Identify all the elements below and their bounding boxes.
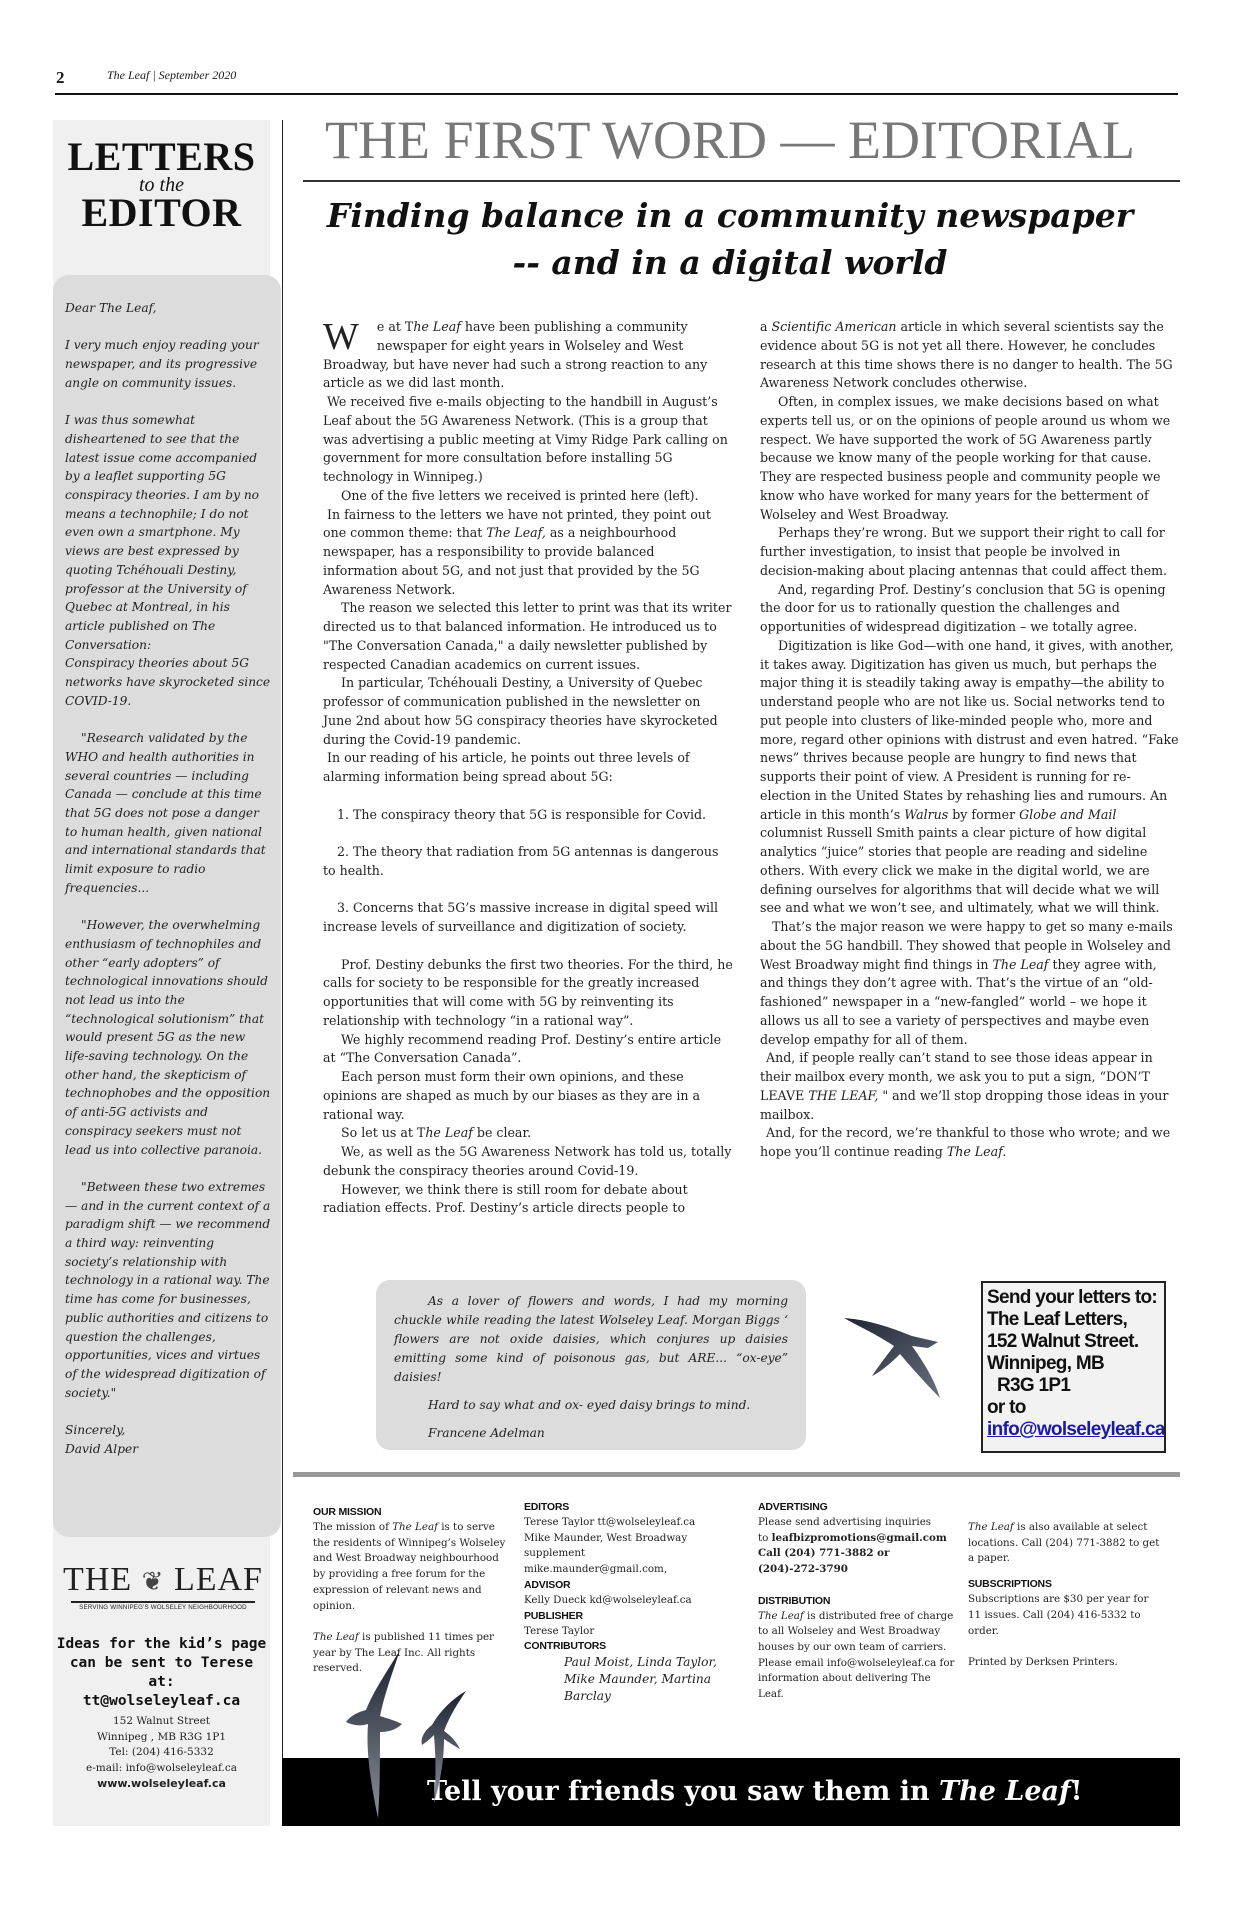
letters-sidebar: LETTERS to the EDITOR Dear The Leaf, I v… [53, 120, 270, 1826]
letter-paragraph: "Research validated by the WHO and healt… [65, 729, 271, 897]
publisher-heading: PUBLISHER [524, 1609, 724, 1624]
article-paragraph: Digitization is like God—with one hand, … [760, 637, 1180, 918]
letter-box: Dear The Leaf, I very much enjoy reading… [53, 275, 281, 1537]
article-paragraph: And, if people really can’t stand to see… [760, 1049, 1180, 1124]
send-letters-box: Send your letters to: The Leaf Letters, … [981, 1281, 1166, 1453]
editor-email: mike.maunder@gmail.com, [524, 1562, 724, 1578]
letter-paragraph: "However, the overwhelming enthusiasm of… [65, 916, 271, 1159]
letters-to-editor-title: LETTERS to the EDITOR [53, 138, 270, 232]
article-paragraph: In fairness to the letters we have not p… [323, 506, 733, 600]
article-paragraph: Perhaps they’re wrong. But we support th… [760, 524, 1180, 580]
page-number: 2 [56, 68, 65, 88]
advertising-email: to leafbizpromotions@gmail.com [758, 1531, 958, 1547]
editors-heading: EDITORS [524, 1500, 724, 1515]
send-line: R3G 1P1 [987, 1375, 1161, 1397]
letter-signature: David Alper [65, 1440, 271, 1459]
daisy-letter-text: As a lover of flowers and words, I had m… [394, 1292, 788, 1387]
article-paragraph: One of the five letters we received is p… [323, 487, 733, 506]
contributors-heading: CONTRIBUTORS [524, 1639, 724, 1654]
subscriptions-text: Subscriptions are $30 per year for 11 is… [968, 1592, 1163, 1639]
masthead-editors: EDITORS Terese Taylor tt@wolseleyleaf.ca… [524, 1500, 724, 1705]
advisor-heading: ADVISOR [524, 1578, 724, 1593]
logo-rule [71, 1601, 255, 1603]
article-paragraph: In our reading of his article, he points… [323, 749, 733, 787]
address-email[interactable]: e-mail: info@wolseleyleaf.ca [53, 1761, 270, 1777]
headline-line: -- and in a digital world [290, 239, 1170, 286]
issue-label: The Leaf | September 2020 [107, 68, 236, 83]
kids-note-email[interactable]: tt@wolseleyleaf.ca [53, 1692, 270, 1711]
section-title: THE FIRST WORD — EDITORIAL [290, 110, 1170, 170]
mission-heading: OUR MISSION [313, 1505, 513, 1520]
letter-quoted-headline: Conspiracy theories about 5G networks ha… [65, 654, 271, 710]
title-rule [303, 180, 1180, 182]
editorial-headline: Finding balance in a community newspaper… [290, 192, 1170, 286]
swift-bird-icon [830, 1290, 950, 1400]
advertising-text: Please send advertising inquiries [758, 1515, 958, 1531]
article-paragraph: That’s the major reason we were happy to… [760, 918, 1180, 1049]
title-letters: LETTERS [53, 138, 270, 176]
logo-word-leaf: LEAF [174, 1561, 263, 1598]
the-leaf-logo: THE ❦ LEAF SERVING WINNIPEG'S WOLSELEY N… [63, 1563, 263, 1611]
article-paragraph: Prof. Destiny debunks the first two theo… [323, 956, 733, 1031]
article-paragraph: However, we think there is still room fo… [323, 1181, 733, 1219]
masthead-availability: The Leaf is also available at select loc… [968, 1520, 1163, 1671]
distribution-text: The Leaf is distributed free of charge t… [758, 1609, 958, 1703]
kids-note-line: Ideas for the kid’s page [53, 1635, 270, 1654]
masthead-advertising: ADVERTISING Please send advertising inqu… [758, 1500, 958, 1703]
kids-note-line: can be sent to Terese at: [53, 1654, 270, 1692]
article-paragraph: a Scientific American article in which s… [760, 318, 1180, 393]
title-editor: EDITOR [53, 194, 270, 232]
article-paragraph: And, regarding Prof. Destiny’s conclusio… [760, 581, 1180, 637]
letter-closing: Sincerely, [65, 1421, 271, 1440]
contributors-list: Paul Moist, Linda Taylor, Mike Maunder, … [524, 1654, 724, 1705]
headline-line: Finding balance in a community newspaper [290, 192, 1170, 239]
letter-salutation: Dear The Leaf, [65, 299, 271, 318]
article-paragraph: We highly recommend reading Prof. Destin… [323, 1031, 733, 1069]
header-rule [55, 93, 1178, 95]
send-letters-email-link[interactable]: info@wolseleyleaf.ca [987, 1419, 1161, 1441]
send-line: The Leaf Letters, [987, 1309, 1161, 1331]
advertising-phone: Call (204) 771-3882 or [758, 1546, 958, 1562]
contact-address: 152 Walnut Street Winnipeg , MB R3G 1P1 … [53, 1714, 270, 1792]
website-link[interactable]: www.wolseleyleaf.ca [53, 1776, 270, 1792]
editor-entry: Mike Maunder, West Broadway supplement [524, 1531, 724, 1562]
column-divider [282, 120, 283, 1760]
leaf-icon: ❦ [142, 1567, 165, 1596]
article-paragraph: The reason we selected this letter to pr… [323, 599, 733, 674]
list-item: 2. The theory that radiation from 5G ant… [323, 843, 733, 881]
letter-paragraph: I was thus somewhat disheartened to see … [65, 411, 271, 654]
address-city: Winnipeg , MB R3G 1P1 [53, 1730, 270, 1746]
send-line: Send your letters to: [987, 1287, 1161, 1309]
list-item: 3. Concerns that 5G’s massive increase i… [323, 899, 733, 937]
article-paragraph: Each person must form their own opinions… [323, 1068, 733, 1124]
article-paragraph: So let us at The Leaf be clear. [323, 1124, 733, 1143]
article-paragraph: We received five e-mails objecting to th… [323, 393, 733, 487]
list-item: 1. The conspiracy theory that 5G is resp… [323, 806, 733, 825]
publisher-entry: Terese Taylor [524, 1624, 724, 1640]
daisy-letter-box: As a lover of flowers and words, I had m… [376, 1280, 806, 1450]
send-line: Winnipeg, MB [987, 1353, 1161, 1375]
distribution-heading: DISTRIBUTION [758, 1594, 958, 1609]
article-paragraph: We at The Leaf have been publishing a co… [323, 318, 733, 393]
logo-word-the: THE [63, 1561, 132, 1598]
availability-text: The Leaf is also available at select loc… [968, 1520, 1163, 1567]
daisy-letter-text: Hard to say what and ox- eyed daisy brin… [394, 1396, 788, 1415]
advertising-phone: (204)-272-3790 [758, 1562, 958, 1578]
article-paragraph: In particular, Tchéhouali Destiny, a Uni… [323, 674, 733, 749]
daisy-letter-signature: Francene Adelman [394, 1424, 788, 1443]
swift-bird-icon [340, 1640, 410, 1820]
mission-text: The mission of The Leaf is to serve the … [313, 1520, 513, 1614]
article-paragraph: And, for the record, we’re thankful to t… [760, 1124, 1180, 1162]
send-line: 152 Walnut Street. [987, 1331, 1161, 1353]
advisor-entry: Kelly Dueck kd@wolseleyleaf.ca [524, 1593, 724, 1609]
kids-page-note: Ideas for the kid’s page can be sent to … [53, 1635, 270, 1711]
editor-entry: Terese Taylor tt@wolseleyleaf.ca [524, 1515, 724, 1531]
article-paragraph: We, as well as the 5G Awareness Network … [323, 1143, 733, 1181]
editorial-column-2: a Scientific American article in which s… [760, 318, 1180, 1162]
send-line: or to [987, 1397, 1161, 1419]
address-phone: Tel: (204) 416-5332 [53, 1745, 270, 1761]
editorial-column-1: We at The Leaf have been publishing a co… [323, 318, 733, 1218]
address-street: 152 Walnut Street [53, 1714, 270, 1730]
masthead-rule [293, 1472, 1180, 1477]
drop-cap: W [323, 320, 367, 354]
advertising-heading: ADVERTISING [758, 1500, 958, 1515]
letter-paragraph: I very much enjoy reading your newspaper… [65, 336, 271, 392]
article-paragraph: Often, in complex issues, we make decisi… [760, 393, 1180, 524]
subscriptions-heading: SUBSCRIPTIONS [968, 1577, 1163, 1592]
logo-tagline: SERVING WINNIPEG'S WOLSELEY NEIGHBOURHOO… [63, 1604, 263, 1611]
letter-paragraph: "Between these two extremes — and in the… [65, 1178, 271, 1402]
printer-credit: Printed by Derksen Printers. [968, 1655, 1163, 1671]
swift-bird-icon [410, 1685, 470, 1805]
